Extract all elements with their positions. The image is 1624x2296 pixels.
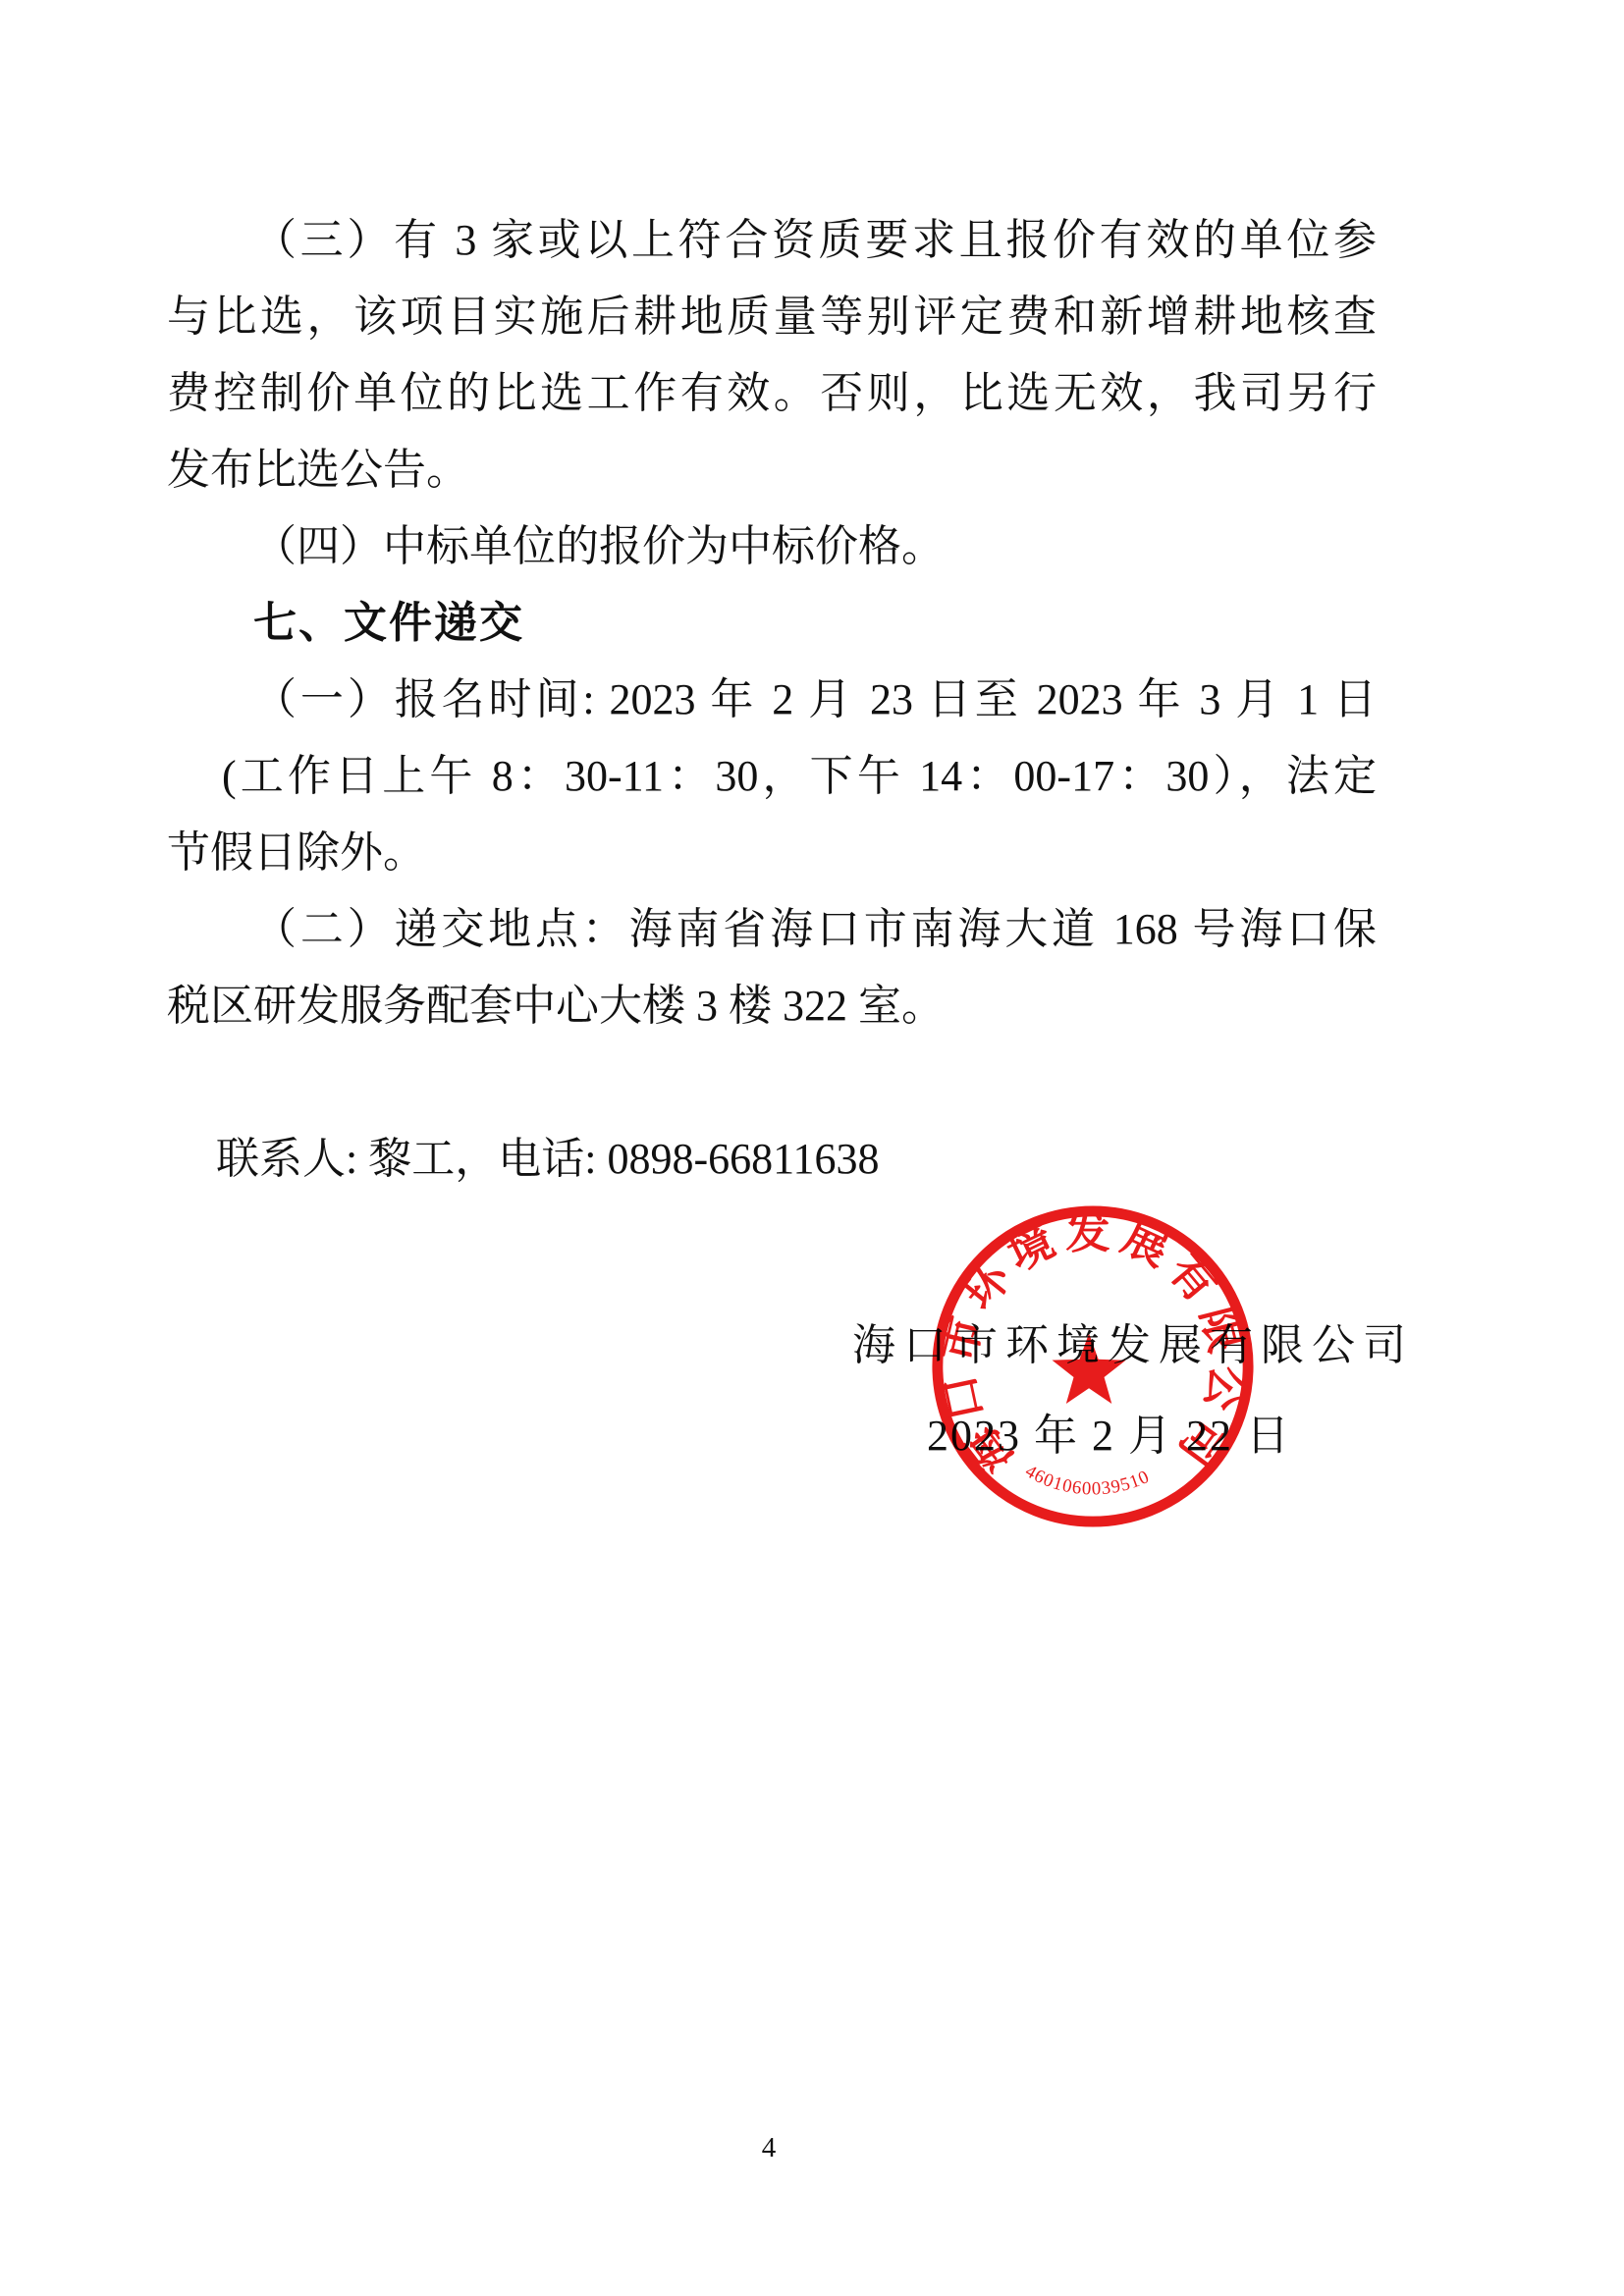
body-line: （三）有 3 家或以上符合资质要求且报价有效的单位参 xyxy=(167,202,1377,279)
body-line: （二）递交地点：海南省海口市南海大道 168 号海口保 xyxy=(167,891,1377,968)
body-line: 费控制价单位的比选工作有效。否则，比选无效，我司另行 xyxy=(167,355,1377,432)
body-line: 节假日除外。 xyxy=(167,815,1377,891)
document-body: （三）有 3 家或以上符合资质要求且报价有效的单位参 与比选，该项目实施后耕地质… xyxy=(167,202,1377,1198)
company-seal-stamp: 海口市环境发展有限公司 4601060039510 xyxy=(928,1201,1258,1531)
section-heading: 七、文件递交 xyxy=(167,585,1377,662)
contact-line: 联系人: 黎工，电话: 0898-66811638 xyxy=(167,1121,1377,1198)
body-line: (工作日上午 8：30-11：30，下午 14：00-17：30），法定 xyxy=(167,738,1377,815)
seal-graphic: 海口市环境发展有限公司 4601060039510 xyxy=(928,1201,1258,1531)
body-line: 税区研发服务配套中心大楼 3 楼 322 室。 xyxy=(167,968,1377,1044)
seal-star-icon xyxy=(1052,1333,1125,1404)
document-page: （三）有 3 家或以上符合资质要求且报价有效的单位参 与比选，该项目实施后耕地质… xyxy=(0,0,1624,2296)
page-number: 4 xyxy=(687,2132,850,2164)
body-line: （一）报名时间: 2023 年 2 月 23 日至 2023 年 3 月 1 日 xyxy=(167,662,1377,738)
body-line: 与比选，该项目实施后耕地质量等别评定费和新增耕地核查 xyxy=(167,279,1377,355)
body-line: （四）中标单位的报价为中标价格。 xyxy=(167,508,1377,585)
seal-serial-number: 4601060039510 xyxy=(1021,1461,1153,1499)
body-line: 发布比选公告。 xyxy=(167,432,1377,508)
